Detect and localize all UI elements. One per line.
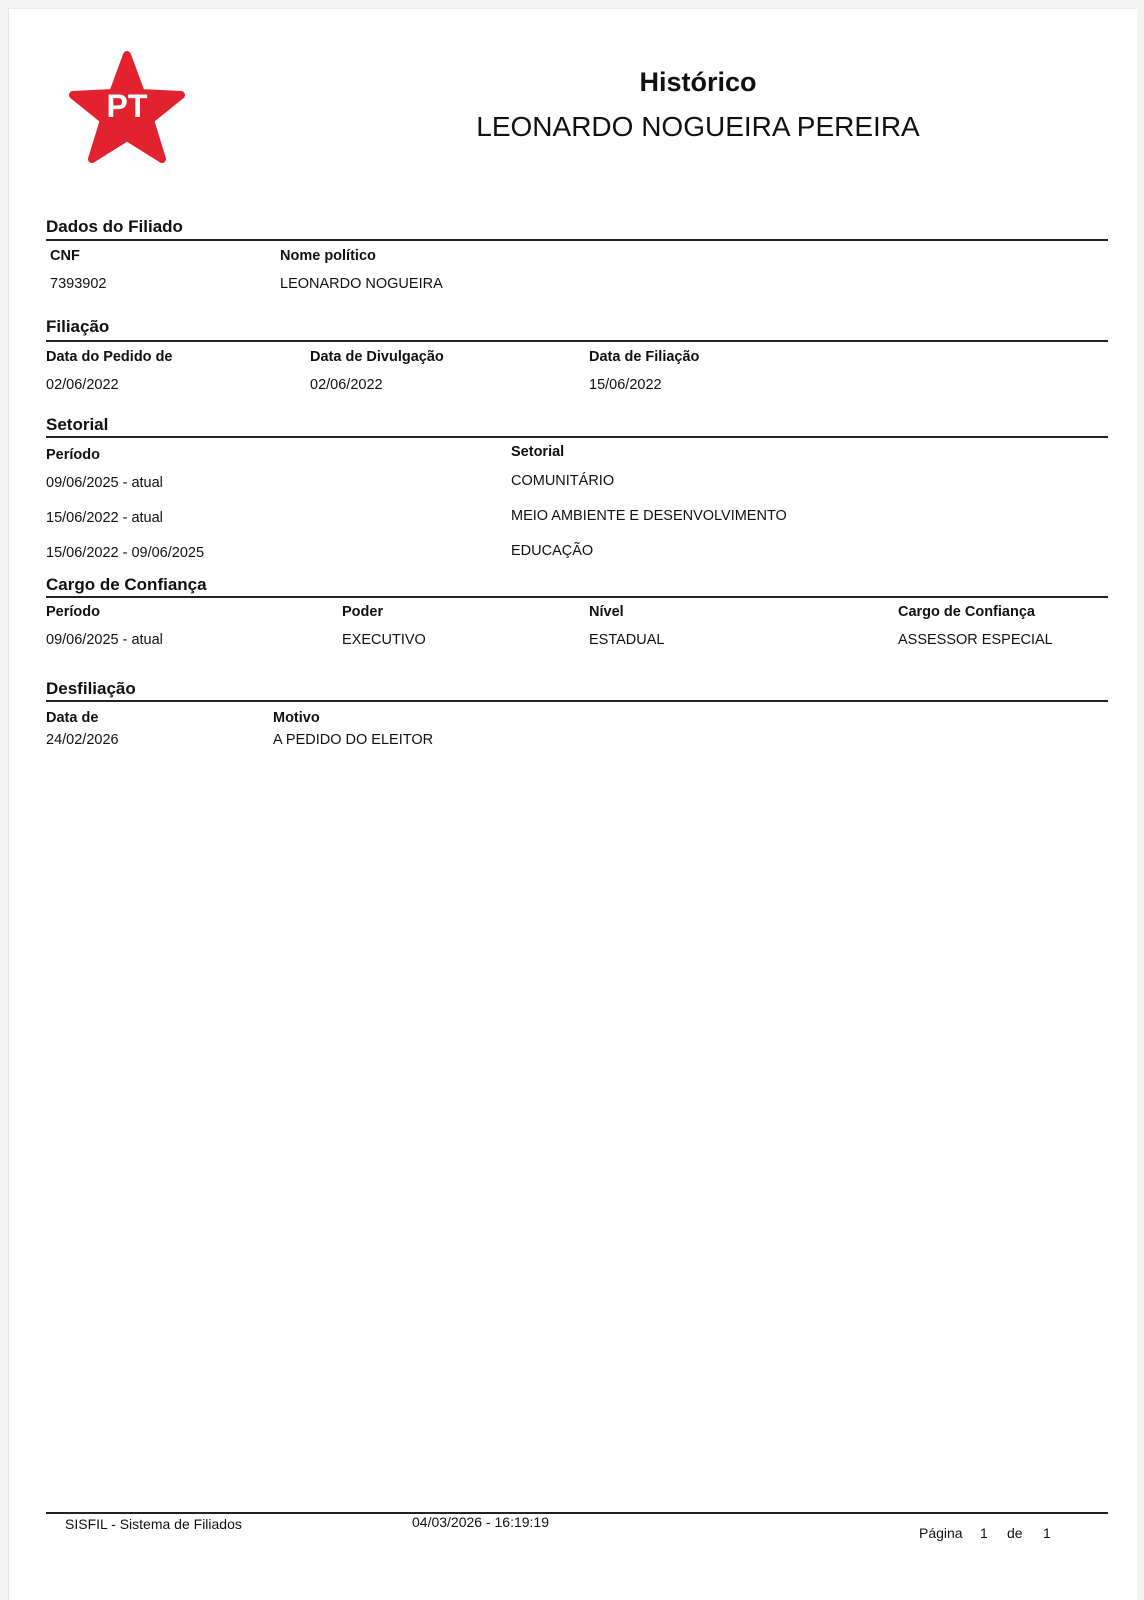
cnf-value: 7393902	[50, 276, 106, 292]
setorial-row-setorial: MEIO AMBIENTE E DESENVOLVIMENTO	[511, 508, 787, 524]
setorial-periodo-label: Período	[46, 447, 100, 463]
nome-politico-label: Nome político	[280, 248, 376, 264]
desfiliacao-motivo-value: A PEDIDO DO ELEITOR	[273, 732, 433, 748]
setorial-setorial-label: Setorial	[511, 444, 564, 460]
document-page: PT Histórico LEONARDO NOGUEIRA PEREIRA D…	[8, 8, 1137, 1600]
desfiliacao-motivo-label: Motivo	[273, 710, 320, 726]
desfiliacao-data-label: Data de	[46, 710, 98, 726]
footer-divider	[46, 1512, 1108, 1514]
footer-system-name: SISFIL - Sistema de Filiados	[65, 1516, 242, 1532]
cargo-confianca-label: Cargo de Confiança	[898, 604, 1035, 620]
setorial-row-periodo: 09/06/2025 - atual	[46, 475, 163, 491]
section-divider	[46, 340, 1108, 342]
section-heading-setorial: Setorial	[46, 415, 108, 435]
cargo-poder-label: Poder	[342, 604, 383, 620]
cargo-poder-value: EXECUTIVO	[342, 632, 426, 648]
section-heading-cargo-confianca: Cargo de Confiança	[46, 575, 207, 595]
setorial-row-setorial: COMUNITÁRIO	[511, 473, 614, 489]
footer-page-of: de	[1007, 1525, 1023, 1541]
cargo-nivel-value: ESTADUAL	[589, 632, 664, 648]
data-filiacao-label: Data de Filiação	[589, 349, 699, 365]
setorial-row-periodo: 15/06/2022 - atual	[46, 510, 163, 526]
section-divider	[46, 700, 1108, 702]
section-divider	[46, 239, 1108, 241]
section-heading-desfiliacao: Desfiliação	[46, 679, 136, 699]
section-heading-filiacao: Filiação	[46, 317, 109, 337]
data-filiacao-value: 15/06/2022	[589, 377, 662, 393]
document-title: Histórico	[9, 67, 1137, 98]
section-divider	[46, 436, 1108, 438]
section-divider	[46, 596, 1108, 598]
cargo-confianca-value: ASSESSOR ESPECIAL	[898, 632, 1053, 648]
data-divulgacao-value: 02/06/2022	[310, 377, 383, 393]
cargo-periodo-label: Período	[46, 604, 100, 620]
nome-politico-value: LEONARDO NOGUEIRA	[280, 276, 443, 292]
footer-page-current: 1	[980, 1525, 988, 1541]
data-pedido-label: Data do Pedido de	[46, 349, 173, 365]
data-pedido-value: 02/06/2022	[46, 377, 119, 393]
cargo-nivel-label: Nível	[589, 604, 624, 620]
setorial-row-periodo: 15/06/2022 - 09/06/2025	[46, 545, 204, 561]
setorial-row-setorial: EDUCAÇÃO	[511, 543, 593, 559]
footer-page-total: 1	[1043, 1525, 1051, 1541]
member-full-name: LEONARDO NOGUEIRA PEREIRA	[9, 111, 1137, 143]
data-divulgacao-label: Data de Divulgação	[310, 349, 444, 365]
cargo-periodo-value: 09/06/2025 - atual	[46, 632, 163, 648]
footer-page-label: Página	[919, 1525, 963, 1541]
cnf-label: CNF	[50, 248, 80, 264]
desfiliacao-data-value: 24/02/2026	[46, 732, 119, 748]
section-heading-dados-filiado: Dados do Filiado	[46, 217, 183, 237]
footer-timestamp: 04/03/2026 - 16:19:19	[412, 1514, 549, 1530]
